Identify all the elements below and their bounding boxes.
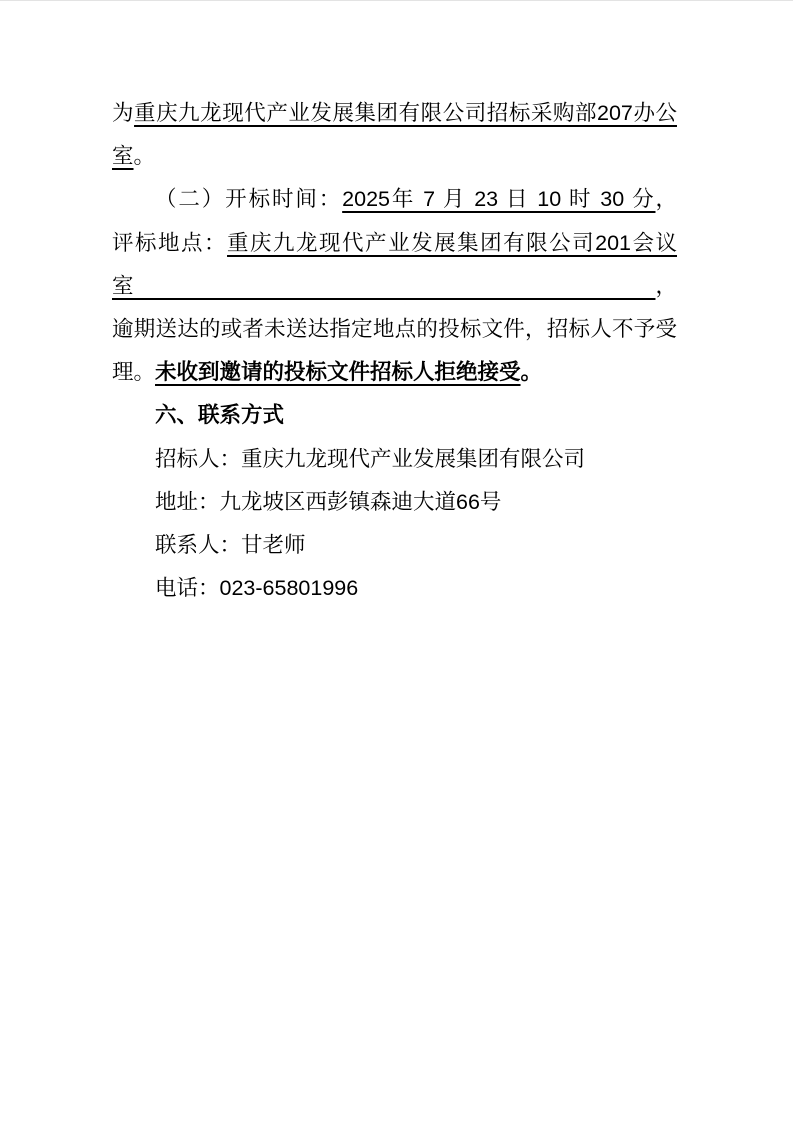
overdue-clause-text-segment: 逾期送达的或者未送达指定地点的投标文件，招标人不予受	[112, 317, 677, 341]
contact-heading-text: 六、联系方式	[155, 403, 284, 427]
overdue-clause-end-segment: 理。	[112, 360, 155, 384]
phone-text: 电话：023-65801996	[155, 576, 358, 600]
period-segment: 。	[134, 144, 156, 168]
document-content: 为重庆九龙现代产业发展集团有限公司招标采购部207办公 室。 （二）开标时间：2…	[112, 92, 677, 610]
bid-opening-time-line: （二）开标时间：2025年 7 月 23 日 10 时 30 分，	[112, 178, 677, 221]
tenderee-line: 招标人：重庆九龙现代产业发展集团有限公司	[112, 438, 677, 481]
rejection-clause-line: 理。未收到邀请的投标文件招标人拒绝接受。	[112, 351, 677, 394]
tenderee-text: 招标人：重庆九龙现代产业发展集团有限公司	[155, 447, 585, 471]
office-location-continuation-line-2: 室。	[112, 135, 677, 178]
underlined-office-location-segment-cont: 室	[112, 144, 134, 168]
document-page: 为重庆九龙现代产业发展集团有限公司招标采购部207办公 室。 （二）开标时间：2…	[0, 0, 793, 1122]
phone-line: 电话：023-65801996	[112, 567, 677, 610]
underlined-office-location-segment: 重庆九龙现代产业发展集团有限公司招标采购部207办公	[134, 101, 677, 125]
address-line: 地址：九龙坡区西彭镇森迪大道66号	[112, 481, 677, 524]
office-location-continuation-line-1: 为重庆九龙现代产业发展集团有限公司招标采购部207办公	[112, 92, 677, 135]
overdue-delivery-clause-line: 逾期送达的或者未送达指定地点的投标文件，招标人不予受	[112, 308, 677, 351]
contact-person-line: 联系人：甘老师	[112, 524, 677, 567]
contact-info-heading: 六、联系方式	[112, 394, 677, 437]
bold-period-segment: 。	[521, 360, 543, 384]
address-text: 地址：九龙坡区西彭镇森迪大道66号	[155, 490, 501, 514]
bid-opening-label-segment: （二）开标时间：	[155, 187, 342, 211]
plain-text-segment: 为	[112, 101, 134, 125]
evaluation-location-line: 评标地点：重庆九龙现代产业发展集团有限公司201会议室，	[112, 222, 677, 308]
underlined-bid-opening-datetime-segment: 2025年 7 月 23 日 10 时 30 分	[342, 187, 655, 211]
comma-segment: ，	[655, 187, 677, 211]
evaluation-location-label-segment: 评标地点：	[112, 231, 227, 255]
contact-person-text: 联系人：甘老师	[155, 533, 306, 557]
bold-underlined-rejection-clause-segment: 未收到邀请的投标文件招标人拒绝接受	[155, 360, 521, 384]
comma-segment: ，	[655, 274, 677, 298]
